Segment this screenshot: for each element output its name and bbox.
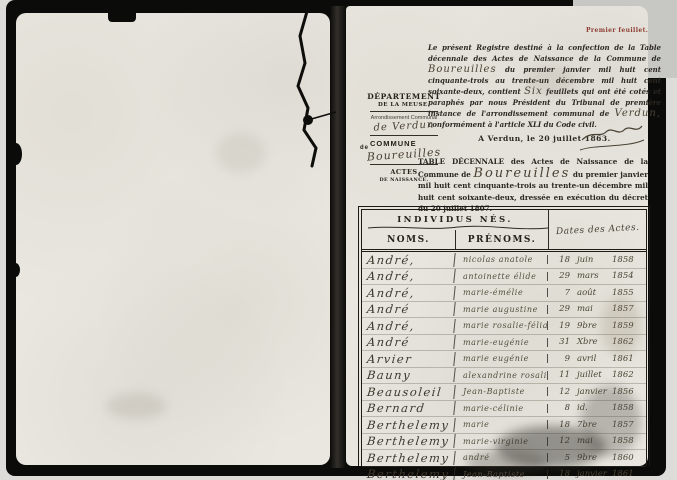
row-day: 8 [548,403,570,413]
row-nom: André [361,335,455,349]
row-nom: André, [361,269,455,283]
row-nom: Berthelemy [361,434,455,448]
dates-column-header: Dates des Actes. [549,210,646,249]
row-day: 18 [548,469,570,479]
row-dates: 18 juin 1858 [548,255,646,265]
commune-name-handwritten: Boureuilles [473,166,570,181]
row-month: juillet [570,370,612,380]
row-day: 12 [548,387,570,397]
torn-edge-chip [11,263,20,277]
row-prenom: alexandrine rosalie [455,371,548,380]
departement-stamp: DÉPARTEMENT [356,92,452,101]
noms-column-header: NOMS. [362,230,456,249]
table-header: INDIVIDUS NÉS. NOMS. PRÉNOMS. Dates des … [362,210,646,252]
row-nom: André, [361,286,455,300]
stain [601,296,641,356]
table-row: André, nicolas anatole 18 juin 1858 [362,252,646,269]
prenoms-column-header: PRÉNOMS. [456,230,548,249]
row-month: janvier [570,469,612,479]
row-year: 1862 [612,370,646,380]
dates-header-script: Dates des Actes. [556,222,640,236]
scanned-registry-photo: Le présent Registre destiné à la confect… [0,0,677,480]
torn-edge-chip [108,9,136,22]
row-prenom: Jean-Baptiste [455,387,548,396]
departement-stamp-line2: DE LA MEUSE. [356,102,452,108]
table-row: Arvier marie eugénie 9 avril 1861 [362,351,646,368]
row-nom: Beausoleil [361,385,455,399]
row-day: 31 [548,337,570,347]
president-signature [578,118,646,158]
row-year: 1854 [612,271,646,281]
row-dates: 7 août 1855 [548,288,646,298]
ink-smudge [581,386,641,456]
certificate-text: Le présent Registre destiné à la confect… [428,43,661,63]
individus-nes-header: INDIVIDUS NÉS. [362,210,548,230]
row-month: juin [570,255,612,265]
row-year: 1861 [612,469,646,479]
header-left-group: INDIVIDUS NÉS. NOMS. PRÉNOMS. [362,210,549,249]
row-prenom: marie-émélie [455,288,548,297]
row-nom: André, [361,253,455,267]
row-dates: 11 juillet 1862 [548,370,646,380]
stamp-divider [370,135,438,136]
row-month: août [570,288,612,298]
row-day: 19 [548,321,570,331]
row-nom: Berthelemy [361,451,455,465]
folio-label: Premier feuillet. [586,27,648,34]
row-nom: Bernard [361,401,455,415]
row-dates: 18 janvier 1861 [548,469,646,479]
stamp-divider [370,111,438,112]
row-nom: André, [361,319,455,333]
table-row: André, antoinette élide 29 mars 1854 [362,269,646,286]
row-day: 18 [548,255,570,265]
row-day: 29 [548,271,570,281]
row-nom: Berthelemy [361,467,455,480]
row-prenom: marie eugénie [455,354,548,363]
row-dates: 9 avril 1861 [548,354,646,364]
row-prenom: marie-eugénie [455,338,548,347]
row-day: 29 [548,304,570,314]
row-prenom: marie rosalie-félia [455,321,548,330]
row-nom: Berthelemy [361,418,455,432]
row-month: avril [570,354,612,364]
row-day: 7 [548,288,570,298]
table-row: Bauny alexandrine rosalie 11 juillet 186… [362,368,646,385]
brace-ornament [368,225,548,231]
stain [526,66,576,96]
column-headers: NOMS. PRÉNOMS. [362,230,548,249]
row-day: 9 [548,354,570,364]
row-dates: 29 mars 1854 [548,271,646,281]
torn-edge-chip [10,143,22,165]
registry-page: Le présent Registre destiné à la confect… [346,6,648,466]
certificate-text: conformément à l'article XLI du Code civ… [428,120,597,129]
row-prenom: marie augustine [455,305,548,314]
commune-name-handwritten: Boureuilles [428,64,497,75]
row-year: 1858 [612,255,646,265]
row-month: mars [570,271,612,281]
row-nom: Bauny [361,368,455,382]
row-prenom: antoinette élide [455,272,548,281]
row-day: 11 [548,370,570,380]
individus-nes-label: INDIVIDUS NÉS. [397,215,513,225]
row-nom: André [361,302,455,316]
stain [216,133,266,173]
stain [106,393,166,419]
page-crack [278,8,348,168]
ink-smudge [466,451,546,475]
row-nom: Arvier [361,352,455,366]
row-prenom: marie-célinie [455,404,548,413]
row-prenom: nicolas anatole [455,255,548,264]
table-row: André, marie-émélie 7 août 1855 [362,285,646,302]
